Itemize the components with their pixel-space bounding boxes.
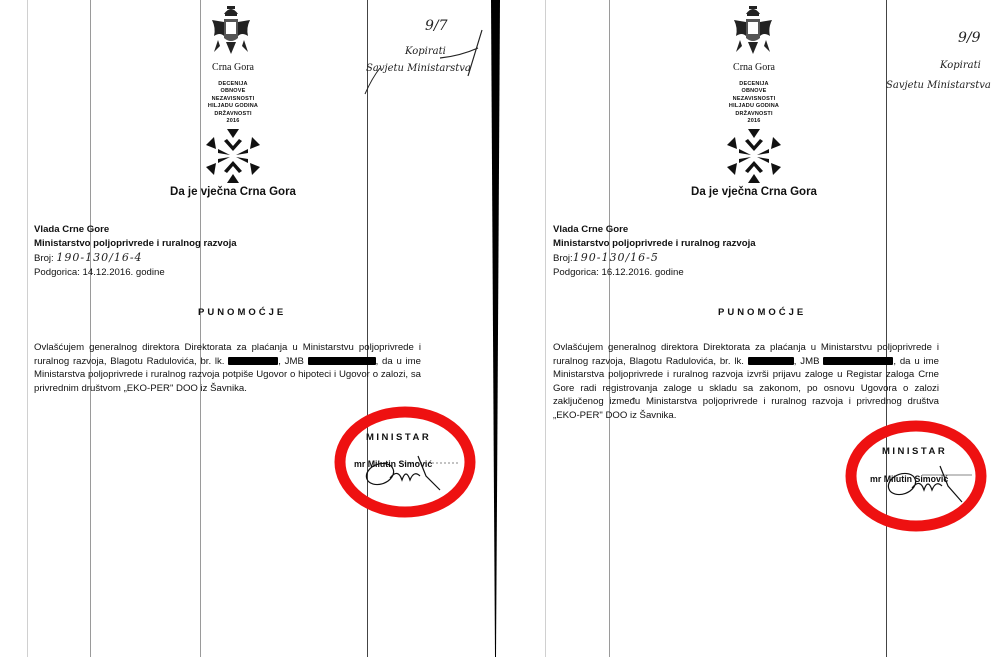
ministry-name: Ministarstvo poljoprivrede i ruralnog ra… (553, 237, 756, 251)
country-name: Crna Gora (709, 62, 799, 73)
scan-line (545, 0, 546, 657)
handwriting-stroke-icon (360, 28, 490, 98)
ministry-name: Ministarstvo poljoprivrede i ruralnog ra… (34, 237, 237, 251)
red-highlight-circle (330, 400, 480, 525)
country-name: Crna Gora (188, 62, 278, 73)
document-left: Crna Gora DECENIJA OBNOVE NEZAVISNOSTI H… (0, 0, 497, 657)
motto: Da je vječna Crna Gora (143, 186, 323, 198)
motto: Da je vječna Crna Gora (664, 186, 844, 198)
page-divider (491, 0, 500, 657)
government-name: Vlada Crne Gore (553, 223, 756, 237)
snowflake-logo-icon (206, 129, 260, 183)
document-title: PUNOMOĆJE (718, 307, 806, 318)
redacted-id-number (228, 357, 278, 365)
place-date: Podgorica: 14.12.2016. godine (34, 266, 237, 280)
scan-line (27, 0, 28, 657)
scan-line (609, 0, 610, 657)
letter-header: Vlada Crne Gore Ministarstvo poljoprivre… (34, 223, 237, 280)
redacted-jmb (823, 357, 893, 365)
anniversary-text: DECENIJA OBNOVE NEZAVISNOSTI HILJADU GOD… (709, 81, 799, 125)
government-name: Vlada Crne Gore (34, 223, 237, 237)
document-title: PUNOMOĆJE (198, 307, 286, 318)
authorization-body: Ovlašćujem generalnog direktora Direktor… (34, 341, 421, 395)
redacted-id-number (748, 357, 794, 365)
handwritten-note-line1: Kopirati (940, 60, 981, 71)
coat-of-arms-icon (728, 4, 778, 59)
handwritten-note-line2: Savjetu Ministarstva (886, 80, 991, 91)
document-right: Crna Gora DECENIJA OBNOVE NEZAVISNOSTI H… (500, 0, 1000, 657)
place-date: Podgorica: 16.12.2016. godine (553, 266, 756, 280)
scan-line (90, 0, 91, 657)
anniversary-text: DECENIJA OBNOVE NEZAVISNOSTI HILJADU GOD… (188, 81, 278, 125)
letter-header: Vlada Crne Gore Ministarstvo poljoprivre… (553, 223, 756, 280)
reference-number: Broj:190-130/16-5 (553, 251, 756, 266)
red-highlight-circle (840, 415, 990, 540)
handwritten-number: 9/9 (958, 30, 981, 46)
snowflake-logo-icon (727, 129, 781, 183)
redacted-jmb (308, 357, 376, 365)
authorization-body: Ovlašćujem generalnog direktora Direktor… (553, 341, 939, 423)
reference-number: Broj: 190-130/16-4 (34, 251, 237, 266)
scan-line (367, 0, 368, 657)
coat-of-arms-icon (206, 4, 256, 59)
scan-line (886, 0, 887, 657)
